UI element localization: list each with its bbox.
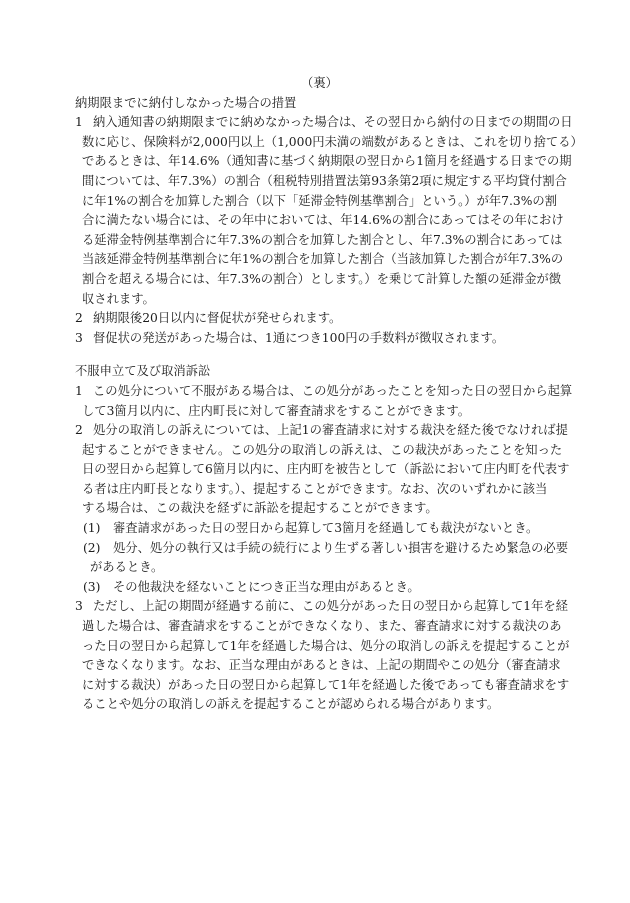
item-text: 督促状の発送があった場合は、1通につき100円の手数料が徴収されます。 (93, 331, 504, 345)
item-line: であるときは、年14.6%（通知書に基づく納期限の翌日から1箇月を経過する日まで… (82, 152, 564, 172)
item-line: った日の翌日から起算して1年を経過した場合は、処分の取消しの訴えを提起することが (82, 637, 564, 657)
item-text: 納入通知書の納期限までに納めなかった場合は、その翌日から納付の日までの期間の日 (93, 115, 573, 129)
item-line: して3箇月以内に、庄内町長に対して審査請求をすることができます。 (82, 402, 564, 422)
item-number: 2 (75, 309, 93, 329)
item-line: る延滞金特例基準割合に年7.3%の割合を加算した割合とし、年7.3%の割合にあっ… (82, 231, 564, 251)
subitem-number: (1) (83, 519, 113, 539)
item-line: 起することができません。この処分の取消しの訴えは、この裁決があったことを知った (82, 441, 564, 461)
item-line: する場合は、この裁決を経ずに訴訟を提起することができます。 (82, 499, 564, 519)
item-number: 3 (75, 329, 93, 349)
item-line: 間については、年7.3%）の割合（租税特別措置法第93条第2項に規定する平均貸付… (82, 172, 564, 192)
item-line: 割合を超える場合には、年7.3%の割合）とします。）を乗じて計算した額の延滞金が… (82, 270, 564, 290)
sub-list-item: (3)その他裁決を経ないことにつき正当な理由があるとき。 (82, 578, 564, 598)
section-heading: 不服申立て及び取消訴訟 (75, 362, 564, 382)
list-item: 1納入通知書の納期限までに納めなかった場合は、その翌日から納付の日までの期間の日… (75, 113, 564, 309)
item-number: 3 (75, 597, 93, 617)
item-line: できなくなります。なお、正当な理由があるときは、上記の期間やこの処分（審査請求 (82, 656, 564, 676)
sub-list-item: (1)審査請求があった日の翌日から起算して3箇月を経過しても裁決がないとき。 (82, 519, 564, 539)
subitem-line: (2)処分、処分の執行又は手続の続行により生ずる著しい損害を避けるため緊急の必要 (83, 539, 564, 559)
subitem-text: 処分、処分の執行又は手続の続行により生ずる著しい損害を避けるため緊急の必要 (113, 541, 568, 555)
item-line: に対する裁決）があった日の翌日から起算して1年を経過した後であっても審査請求をす (82, 676, 564, 696)
side-label: （裏） (75, 74, 564, 94)
item-text: 処分の取消しの訴えについては、上記1の審査請求に対する裁決を経た後でなければ提 (93, 423, 568, 437)
item-line: ることや処分の取消しの訴えを提起することが認められる場合があります。 (82, 695, 564, 715)
sub-list-item: (2)処分、処分の執行又は手続の続行により生ずる著しい損害を避けるため緊急の必要… (82, 539, 564, 578)
section-late-payment-measures: 納期限までに納付しなかった場合の措置 1納入通知書の納期限までに納めなかった場合… (75, 94, 564, 349)
list-item: 2納期限後20日以内に督促状が発せられます。 (75, 309, 564, 329)
list-item: 1この処分について不服がある場合は、この処分があったことを知った日の翌日から起算… (75, 382, 564, 421)
item-line: 3ただし、上記の期間が経過する前に、この処分があった日の翌日から起算して1年を経 (75, 597, 564, 617)
item-number: 1 (75, 113, 93, 133)
item-number: 2 (75, 421, 93, 441)
document-page: （裏） 納期限までに納付しなかった場合の措置 1納入通知書の納期限までに納めなか… (0, 0, 630, 903)
subitem-text: その他裁決を経ないことにつき正当な理由があるとき。 (113, 580, 420, 594)
item-line: 2処分の取消しの訴えについては、上記1の審査請求に対する裁決を経た後でなければ提 (75, 421, 564, 441)
item-number: 1 (75, 382, 93, 402)
list-item: 3督促状の発送があった場合は、1通につき100円の手数料が徴収されます。 (75, 329, 564, 349)
item-line: る者は庄内町長となります。）、提起することができます。なお、次のいずれかに該当 (82, 480, 564, 500)
section-heading: 納期限までに納付しなかった場合の措置 (75, 94, 564, 114)
list-item: 2処分の取消しの訴えについては、上記1の審査請求に対する裁決を経た後でなければ提… (75, 421, 564, 597)
item-text: 納期限後20日以内に督促状が発せられます。 (93, 311, 341, 325)
item-line: 1納入通知書の納期限までに納めなかった場合は、その翌日から納付の日までの期間の日 (75, 113, 564, 133)
subitem-line: があるとき。 (90, 558, 564, 578)
item-text: この処分について不服がある場合は、この処分があったことを知った日の翌日から起算 (93, 384, 572, 398)
item-line: 当該延滞金特例基準割合に年1%の割合を加算した割合（当該加算した割合が年7.3%… (82, 250, 564, 270)
item-line: 日の翌日から起算して6箇月以内に、庄内町を被告として（訴訟において庄内町を代表す (82, 460, 564, 480)
section-appeal-and-revocation-suit: 不服申立て及び取消訴訟 1この処分について不服がある場合は、この処分があったこと… (75, 362, 564, 715)
document-content: （裏） 納期限までに納付しなかった場合の措置 1納入通知書の納期限までに納めなか… (75, 74, 564, 715)
item-line: 収されます。 (82, 290, 564, 310)
item-line: 1この処分について不服がある場合は、この処分があったことを知った日の翌日から起算 (75, 382, 564, 402)
subitem-line: (1)審査請求があった日の翌日から起算して3箇月を経過しても裁決がないとき。 (83, 519, 564, 539)
item-line: に年1%の割合を加算した割合（以下「延滞金特例基準割合」という。）が年7.3%の… (82, 192, 564, 212)
item-line: 3督促状の発送があった場合は、1通につき100円の手数料が徴収されます。 (75, 329, 564, 349)
list-item: 3ただし、上記の期間が経過する前に、この処分があった日の翌日から起算して1年を経… (75, 597, 564, 715)
subitem-text: 審査請求があった日の翌日から起算して3箇月を経過しても裁決がないとき。 (113, 521, 538, 535)
item-line: 数に応じ、保険料が2,000円以上（1,000円未満の端数があるときは、これを切… (82, 133, 564, 153)
item-line: 合に満たない場合には、その年中においては、年14.6%の割合にあってはその年にお… (82, 211, 564, 231)
item-text: ただし、上記の期間が経過する前に、この処分があった日の翌日から起算して1年を経 (93, 599, 568, 613)
item-line: 2納期限後20日以内に督促状が発せられます。 (75, 309, 564, 329)
subitem-line: (3)その他裁決を経ないことにつき正当な理由があるとき。 (83, 578, 564, 598)
item-line: 過した場合は、審査請求をすることができなくなり、また、審査請求に対する裁決のあ (82, 617, 564, 637)
subitem-number: (2) (83, 539, 113, 559)
subitem-number: (3) (83, 578, 113, 598)
